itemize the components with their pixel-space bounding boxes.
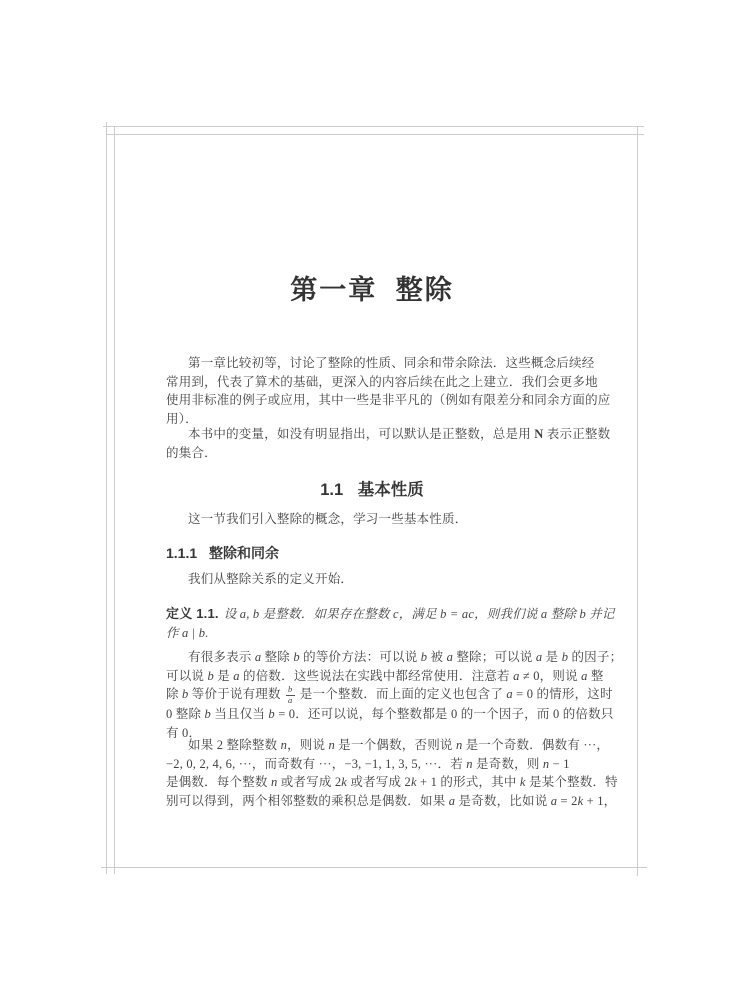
section-intro-paragraph: 这一节我们引入整除的概念，学习一些基本性质．	[166, 510, 578, 529]
subsection-title: 整除和同余	[209, 545, 279, 561]
subsection-number: 1.1.1	[166, 545, 197, 561]
text-line: 0 整除 b 当且仅当 b = 0．还可以说，每个整数都是 0 的一个因子，而 …	[166, 705, 578, 724]
definition-body-start: 设 a, b 是整数．如果存在整数 c，满足 b = ac，则我们说 a 整除 …	[224, 607, 615, 621]
page-content: 第一章 整除 第一章比较初等，讨论了整除的性质、同余和带余除法．这些概念后续经 …	[166, 0, 578, 1000]
text-line: 本书中的变量，如没有明显指出，可以默认是正整数，总是用 N 表示正整数	[166, 425, 578, 444]
book-page: 第一章 整除 第一章比较初等，讨论了整除的性质、同余和带余除法．这些概念后续经 …	[0, 0, 750, 1000]
text-line: −2, 0, 2, 4, 6, ···，而奇数有 ···，−3, −1, 1, …	[166, 755, 578, 774]
subsection-heading: 1.1.1 整除和同余	[166, 544, 279, 563]
subsection-intro-paragraph: 我们从整除关系的定义开始．	[166, 570, 578, 589]
paragraph-equivalent-ways: 有很多表示 a 整除 b 的等价方法：可以说 b 被 a 整除；可以说 a 是 …	[166, 648, 578, 742]
text-line: 是偶数．每个整数 n 或者写成 2k 或者写成 2k + 1 的形式，其中 k …	[166, 773, 578, 792]
text-line: 定义 1.1.设 a, b 是整数．如果存在整数 c，满足 b = ac，则我们…	[166, 605, 578, 624]
paragraph-even-odd: 如果 2 整除整数 n，则说 n 是一个偶数，否则说 n 是一个奇数．偶数有 ·…	[166, 736, 578, 810]
definition-label: 定义 1.1.	[166, 606, 219, 621]
page-frame-left-inner-line	[114, 126, 115, 874]
text-line: 有很多表示 a 整除 b 的等价方法：可以说 b 被 a 整除；可以说 a 是 …	[166, 648, 578, 667]
text-line: 常用到，代表了算术的基础，更深入的内容后续在此之上建立．我们会更多地	[166, 373, 578, 392]
section-heading: 1.1 基本性质	[166, 479, 578, 501]
text-line: 如果 2 整除整数 n，则说 n 是一个偶数，否则说 n 是一个奇数．偶数有 ·…	[166, 736, 578, 755]
text-line: 的集合．	[166, 444, 578, 463]
text-line: 别可以得到，两个相邻整数的乘积总是偶数．如果 a 是奇数，比如说 a = 2k …	[166, 792, 578, 811]
text-line: 我们从整除关系的定义开始．	[166, 570, 578, 589]
text-line: 除 b 等价于说有理数 ba 是一个整数．而上面的定义也包含了 a = 0 的情…	[166, 685, 578, 705]
text-line: 使用非标准的例子或应用，其中一些是非平凡的（例如有限差分和同余方面的应	[166, 391, 578, 410]
text-line: 可以说 b 是 a 的倍数．这些说法在实践中都经常使用．注意若 a ≠ 0，则说…	[166, 667, 578, 686]
section-title: 基本性质	[358, 481, 424, 499]
text-line: 第一章比较初等，讨论了整除的性质、同余和带余除法．这些概念后续经	[166, 354, 578, 373]
text-line: 这一节我们引入整除的概念，学习一些基本性质．	[166, 510, 578, 529]
section-number: 1.1	[320, 481, 343, 499]
intro-paragraph-1: 第一章比较初等，讨论了整除的性质、同余和带余除法．这些概念后续经 常用到，代表了…	[166, 354, 578, 428]
text-line: 作 a | b.	[166, 624, 578, 643]
page-frame-left-outer-line	[106, 122, 107, 874]
chapter-title: 第一章 整除	[166, 268, 578, 307]
page-frame-right-line	[637, 126, 638, 876]
definition-1-1: 定义 1.1.设 a, b 是整数．如果存在整数 c，满足 b = ac，则我们…	[166, 605, 578, 642]
intro-paragraph-2: 本书中的变量，如没有明显指出，可以默认是正整数，总是用 N 表示正整数 的集合．	[166, 425, 578, 462]
